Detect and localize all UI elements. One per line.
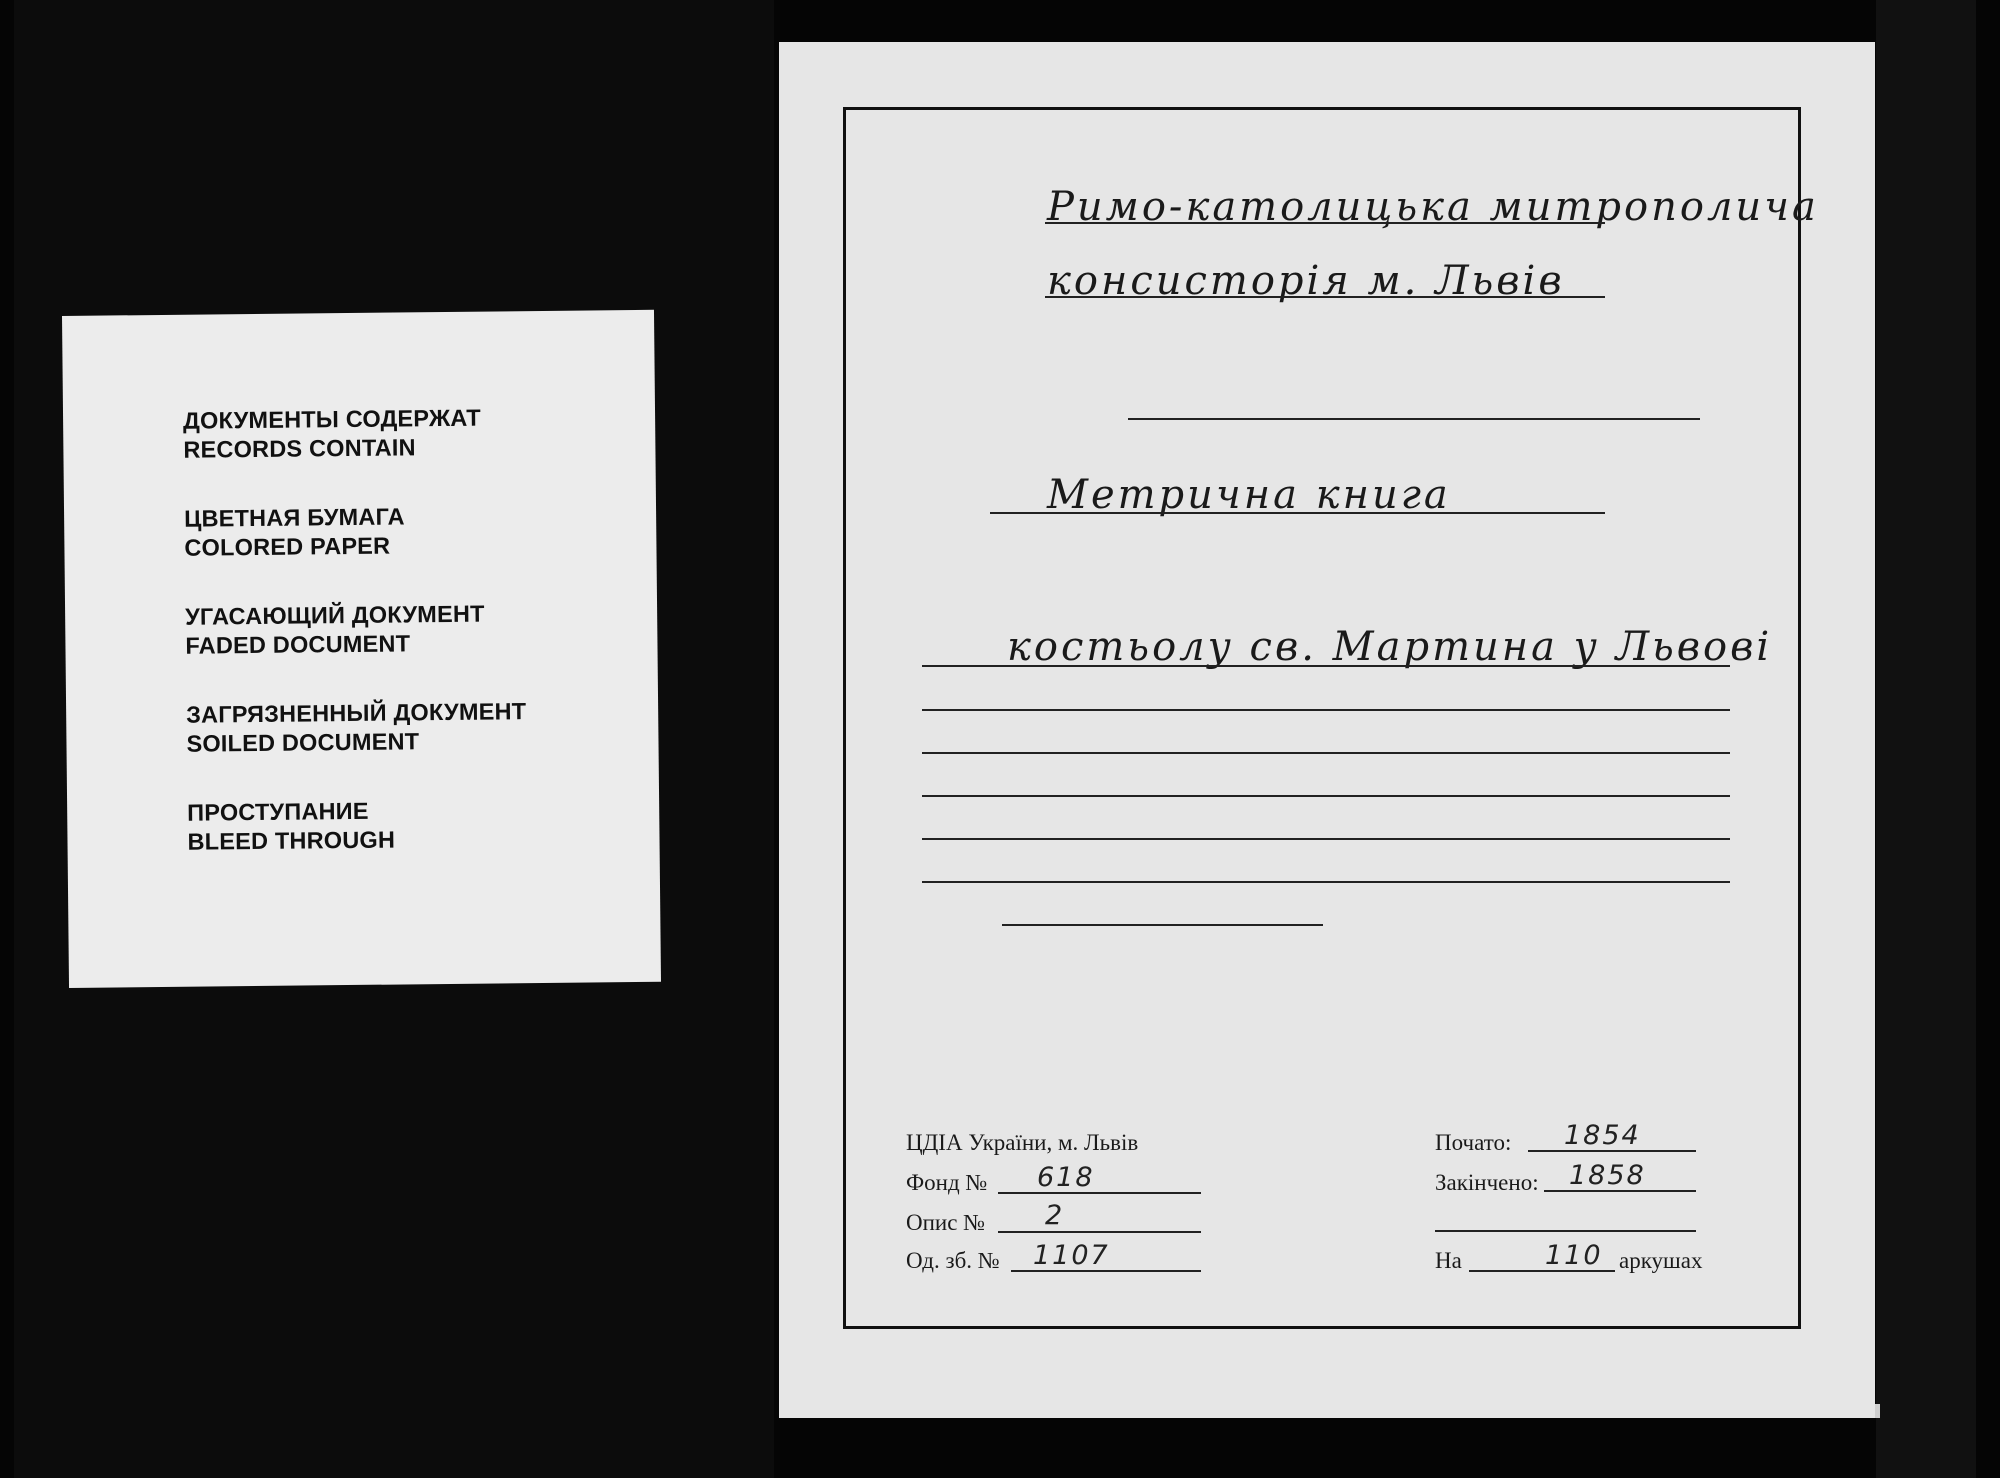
institution-underline-2 <box>1045 296 1605 298</box>
finished-label: Закінчено: <box>1435 1170 1539 1196</box>
unit-label: Од. зб. № <box>906 1248 1000 1274</box>
notice-label-en: BLEED THROUGH <box>187 824 527 857</box>
notice-label-ru: ЦВЕТНАЯ БУМАГА <box>184 501 524 534</box>
notice-records-contain: ДОКУМЕНТЫ СОДЕРЖАТ RECORDS CONTAIN <box>183 403 524 465</box>
sheets-value: 110 <box>1545 1240 1603 1271</box>
fond-underline <box>998 1192 1201 1194</box>
archive-name: ЦДІА України, м. Львів <box>906 1130 1138 1156</box>
opys-value: 2 <box>1045 1200 1064 1231</box>
archive-file-cover: Римо-католицька митрополича консисторія … <box>779 42 1875 1418</box>
notice-label-en: FADED DOCUMENT <box>185 628 525 661</box>
description-line <box>922 752 1730 754</box>
blank-line <box>1128 418 1700 420</box>
condition-notice-list: ДОКУМЕНТЫ СОДЕРЖАТ RECORDS CONTAIN ЦВЕТН… <box>183 403 528 897</box>
scan-backing-strip <box>1876 0 1976 1478</box>
started-label: Почато: <box>1435 1130 1511 1156</box>
notice-label-ru: ПРОСТУПАНИЕ <box>187 795 527 828</box>
sheets-prefix: На <box>1435 1248 1462 1274</box>
short-line <box>1002 924 1323 926</box>
notice-label-ru: ДОКУМЕНТЫ СОДЕРЖАТ <box>183 403 523 436</box>
record-subtitle: костьолу св. Мартина у Львові <box>1007 624 1772 670</box>
notice-label-en: COLORED PAPER <box>184 530 524 563</box>
notice-colored-paper: ЦВЕТНАЯ БУМАГА COLORED PAPER <box>184 501 525 563</box>
subtitle-underline <box>922 665 1730 667</box>
opys-label: Опис № <box>906 1210 985 1236</box>
description-line <box>922 795 1730 797</box>
notice-label-ru: УГАСАЮЩИЙ ДОКУМЕНТ <box>185 599 525 632</box>
notice-faded-document: УГАСАЮЩИЙ ДОКУМЕНТ FADED DOCUMENT <box>185 599 526 661</box>
description-line <box>922 709 1730 711</box>
opys-underline <box>998 1231 1201 1233</box>
notice-soiled-document: ЗАГРЯЗНЕННЫЙ ДОКУМЕНТ SOILED DOCUMENT <box>186 697 527 759</box>
description-line <box>922 838 1730 840</box>
institution-underline-1 <box>1045 222 1605 224</box>
description-line <box>922 881 1730 883</box>
notice-label-en: SOILED DOCUMENT <box>186 726 526 759</box>
blank-date-line <box>1435 1230 1696 1232</box>
record-title-underline <box>990 512 1605 514</box>
sheets-suffix: аркушах <box>1619 1248 1702 1274</box>
notice-label-ru: ЗАГРЯЗНЕННЫЙ ДОКУМЕНТ <box>186 697 526 730</box>
condition-notice-card: ДОКУМЕНТЫ СОДЕРЖАТ RECORDS CONTAIN ЦВЕТН… <box>62 310 661 988</box>
finished-value: 1858 <box>1569 1160 1646 1191</box>
fond-value: 618 <box>1037 1162 1095 1193</box>
unit-value: 1107 <box>1033 1240 1110 1271</box>
notice-bleed-through: ПРОСТУПАНИЕ BLEED THROUGH <box>187 795 528 857</box>
fond-label: Фонд № <box>906 1170 987 1196</box>
notice-label-en: RECORDS CONTAIN <box>183 432 523 465</box>
started-value: 1854 <box>1564 1120 1641 1151</box>
